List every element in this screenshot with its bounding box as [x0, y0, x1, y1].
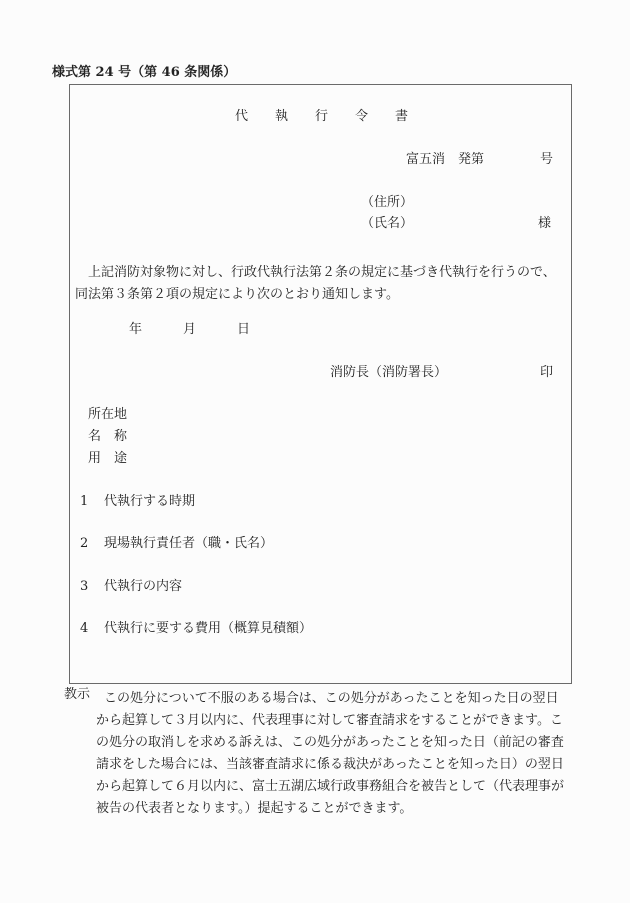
item-execution-cost: 4代執行に要する費用（概算見積額）: [80, 622, 312, 635]
instruction-line: 被告の代表者となります。）提起することができます。: [96, 798, 586, 820]
order-form-box: [69, 84, 572, 684]
item-execution-time: 1代執行する時期: [80, 495, 195, 508]
item-label: 代執行する時期: [104, 494, 195, 509]
document-title: 代執行令書: [235, 110, 435, 123]
item-number: 4: [80, 622, 104, 635]
item-label: 現場執行責任者（職・氏名）: [104, 536, 273, 551]
instruction-text: この処分について不服のある場合は、この処分があったことを知った日の翌日 から起算…: [96, 688, 586, 820]
date-year: 年: [129, 323, 183, 336]
date-month: 月: [183, 323, 237, 336]
item-execution-content: 3代執行の内容: [80, 580, 182, 593]
item-number: 3: [80, 580, 104, 593]
body-line: 同法第３条第２項の規定により次のとおり通知します。: [75, 284, 565, 306]
item-number: 1: [80, 495, 104, 508]
instruction-line: この処分について不服のある場合は、この処分があったことを知った日の翌日: [104, 688, 586, 710]
item-responsible-officer: 2現場執行責任者（職・氏名）: [80, 537, 273, 550]
seal-mark: 印: [540, 366, 553, 379]
notice-body-text: 上記消防対象物に対し、行政代執行法第２条の規定に基づき代執行を行うので、 同法第…: [75, 262, 565, 306]
title-char: 令: [355, 110, 395, 123]
item-number: 2: [80, 537, 104, 550]
instruction-heading: 教示: [64, 688, 90, 701]
title-char: 執: [275, 110, 315, 123]
instruction-line: から起算して３月以内に、代表理事に対して審査請求をすることができます。こ: [96, 710, 586, 732]
title-char: 行: [315, 110, 355, 123]
property-location-label: 所在地: [88, 408, 127, 421]
date-day: 日: [237, 323, 291, 336]
property-name-label: 名 称: [88, 430, 127, 443]
instruction-line: の処分の取消しを求める訴えは、この処分があったことを知った日（前記の審査: [96, 732, 586, 754]
recipient-name-label: （氏名）: [361, 217, 413, 230]
body-line: 上記消防対象物に対し、行政代執行法第２条の規定に基づき代執行を行うので、: [75, 262, 565, 284]
instruction-line: から起算して６月以内に、富士五湖広域行政事務組合を被告として（代表理事が: [96, 776, 586, 798]
title-char: 書: [395, 110, 435, 123]
issuer-title: 消防長（消防署長）: [330, 366, 447, 379]
issue-date: 年月日: [129, 323, 291, 336]
form-number-label: 様式第 24 号（第 46 条関係）: [52, 66, 236, 79]
document-number: 富五消 発第 号: [406, 153, 484, 166]
instruction-line: 請求をした場合には、当該審査請求に係る裁決があったことを知った日）の翌日: [96, 754, 586, 776]
item-label: 代執行の内容: [104, 579, 182, 594]
item-label: 代執行に要する費用（概算見積額）: [104, 621, 312, 636]
title-char: 代: [235, 110, 275, 123]
property-use-label: 用 途: [88, 452, 127, 465]
document-number-suffix: 号: [540, 153, 553, 166]
document-number-prefix: 富五消 発第: [406, 152, 484, 167]
recipient-honorific: 様: [538, 217, 551, 230]
recipient-address-label: （住所）: [361, 196, 413, 209]
